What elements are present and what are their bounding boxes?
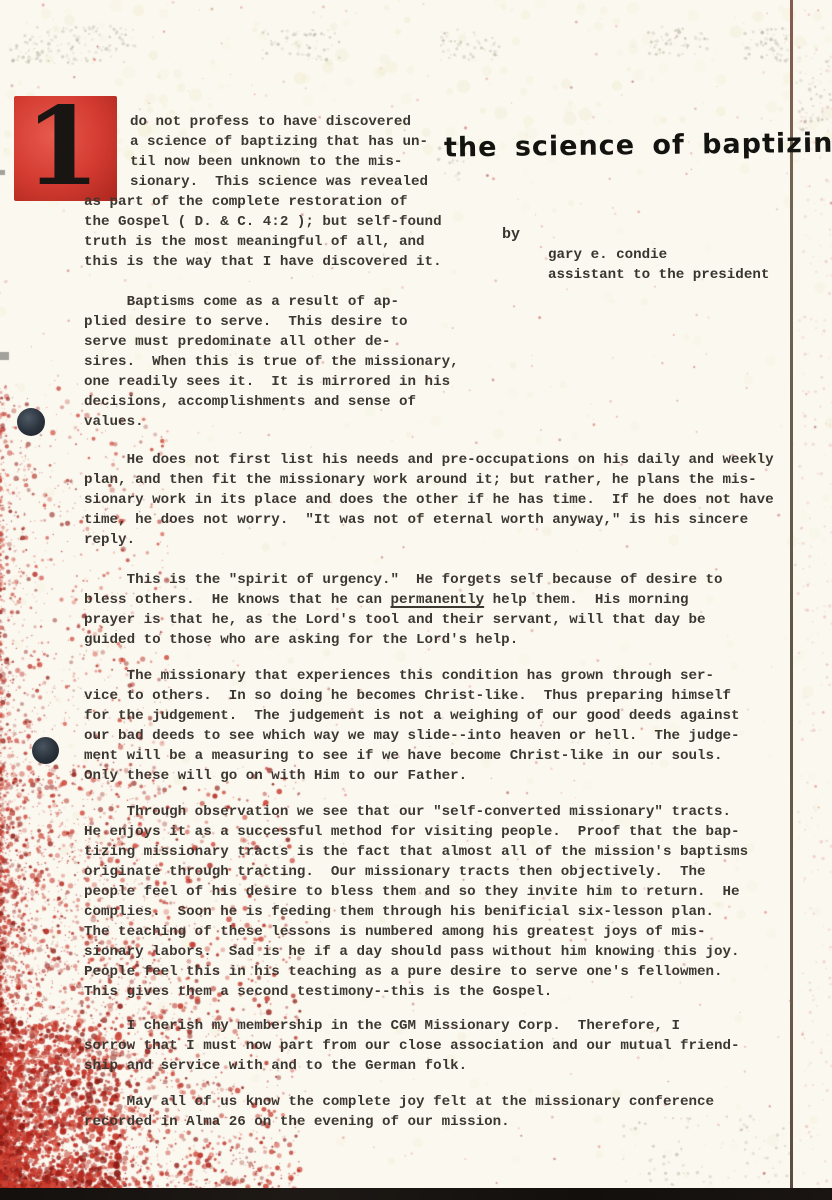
byline-prefix: by	[502, 226, 520, 243]
paragraph-8: May all of us know the complete joy felt…	[84, 1092, 804, 1132]
byline-role: assistant to the president	[548, 267, 769, 283]
paragraph-1: do not profess to have discovered a scie…	[84, 112, 504, 272]
paragraph-3: He does not first list his needs and pre…	[84, 450, 804, 550]
paragraph-5: The missionary that experiences this con…	[84, 666, 804, 786]
byline-block: gary e. condie assistant to the presiden…	[548, 245, 769, 285]
punch-hole-bottom	[32, 737, 59, 764]
byline-author: gary e. condie	[548, 247, 667, 263]
drop-cap-spacer	[84, 112, 130, 192]
paragraph-1-text: do not profess to have discovered a scie…	[84, 114, 442, 270]
punch-hole-top	[17, 408, 45, 436]
paragraph-4-underlined-word: permanently	[391, 592, 485, 608]
scan-edge-band	[0, 1188, 832, 1200]
paragraph-2: Baptisms come as a result of ap- plied d…	[84, 292, 504, 432]
paragraph-4: This is the "spirit of urgency." He forg…	[84, 570, 804, 650]
paragraph-7: I cherish my membership in the CGM Missi…	[84, 1016, 804, 1076]
scanned-document-page: 1 the science of baptizing by gary e. co…	[0, 0, 832, 1200]
paragraph-6: Through observation we see that our "sel…	[84, 802, 804, 1002]
